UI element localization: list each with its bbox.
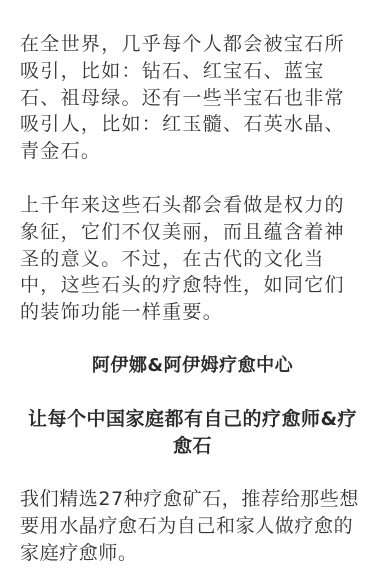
closing-paragraph: 我们精选27种疗愈矿石，推荐给那些想要用水晶疗愈石为自己和家人做疗愈的家庭疗愈师… — [20, 486, 365, 566]
center-name-heading: 阿伊娜&阿伊姆疗愈中心 — [20, 353, 365, 380]
history-paragraph: 上千年来这些石头都会看做是权力的象征，它们不仅美丽，而且蕴含着神圣的意义。不过，… — [20, 192, 365, 326]
intro-paragraph: 在全世界，几乎每个人都会被宝石所吸引，比如：钻石、红宝石、蓝宝石、祖母绿。还有一… — [20, 31, 365, 165]
article-body: 在全世界，几乎每个人都会被宝石所吸引，比如：钻石、红宝石、蓝宝石、祖母绿。还有一… — [0, 0, 385, 567]
slogan-heading: 让每个中国家庭都有自己的疗愈师&疗愈石 — [20, 406, 365, 460]
